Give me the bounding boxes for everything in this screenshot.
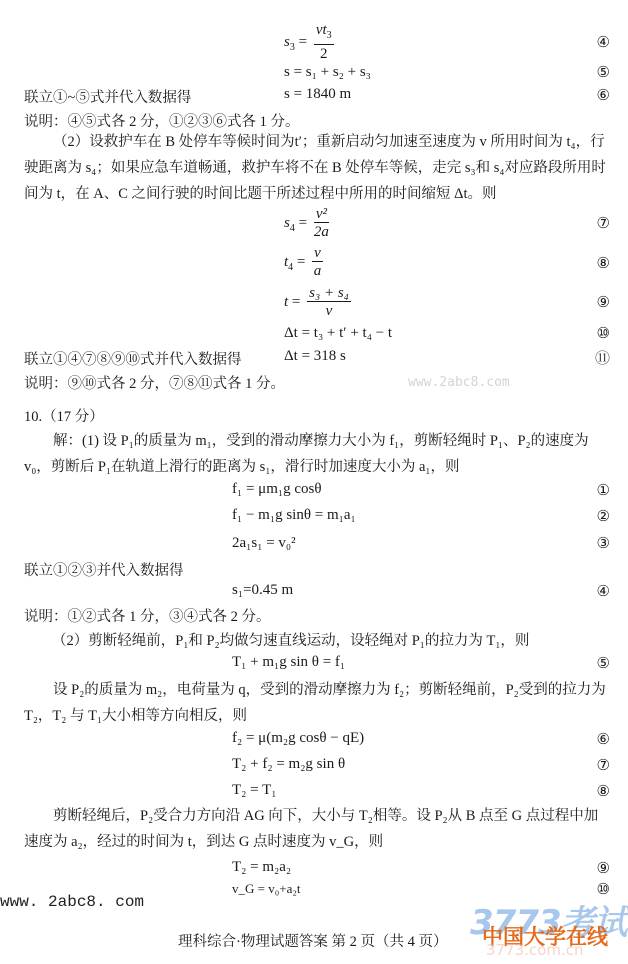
watermark-text: www. 2abc8. com [0,893,144,911]
equation-label: ⑨ [597,293,610,311]
equation-5: s = s₁ + s₂ + s₃ [284,64,371,81]
equation-label: ① [597,481,610,499]
equation-label: ⑥ [597,730,610,748]
equation-3: 2a₁s₁ = v₀² [232,535,296,552]
after-cut-text: 剪断轻绳后，P₂受合力方向沿 AG 向下，大小与 T₂相等。设 P₂从 B 点至… [24,803,610,855]
equation-label: ③ [597,534,610,552]
equation-10: Δt = t₃ + t′ + t₄ − t [284,325,392,342]
equation-label: ④ [597,33,610,51]
equation-4: s3 = vt32 [284,22,334,63]
equation-6: s = 1840 m [284,86,351,103]
equation-label: ⑨ [597,859,610,877]
scoring-note: 说明：⑨⑩式各 2 分，⑦⑧⑪式各 1 分。 [24,372,285,393]
equation-label: ⑪ [595,347,610,368]
p2-text: 设 P₂的质量为 m₂，电荷量为 q，受到的滑动摩擦力为 f₂；剪断轻绳前，P₂… [24,677,610,729]
equation-1: f₁ = μm₁g cosθ [232,481,322,498]
part2-intro: （2）设救护车在 B 处停车等候时间为t′；重新启动匀加速至速度为 v 所用时间… [24,129,610,207]
equation-label: ⑧ [597,782,610,800]
equation-label: ⑤ [597,654,610,672]
equation-5: T₁ + m₁g sin θ = f₁ [232,654,345,671]
question-title: 10.（17 分） [24,405,104,426]
combine-text: 联立①④⑦⑧⑨⑩式并代入数据得 [24,348,242,369]
equation-label: ⑤ [597,63,610,81]
scoring-note: 说明：①②式各 1 分，③④式各 2 分。 [24,605,271,626]
equation-label: ⑩ [597,324,610,342]
combine-text: 联立①~⑤式并代入数据得 [24,86,191,107]
logo-3773: 3773考试网 中国大学在线 3773.com.cn [470,895,628,955]
equation-8: T₂ = T₁ [232,782,276,799]
watermark-text: www.2abc8.com [408,375,510,390]
page-footer: 理科综合·物理试题答案 第 2 页（共 4 页） [178,930,447,951]
equation-11: Δt = 318 s [284,348,346,365]
equation-10: v_G = v₀+a₂t [232,881,301,897]
q10-intro: 解：(1) 设 P₁的质量为 m₁，受到的滑动摩擦力大小为 f₁，剪断轻绳时 P… [24,428,610,480]
q10-part2-intro: （2）剪断轻绳前，P₁和 P₂均做匀速直线运动，设轻绳对 P₁的拉力为 T₁，则 [52,629,529,650]
equation-9: T₂ = m₂a₂ [232,859,291,876]
equation-7: s4 = v²2a [284,206,329,241]
equation-label: ⑦ [597,756,610,774]
equation-label: ⑧ [597,254,610,272]
equation-9: t = s₃ + s₄v [284,285,351,320]
equation-label: ② [597,507,610,525]
equation-2: f₁ − m₁g sinθ = m₁a₁ [232,507,356,524]
logo-sub-text: 3773.com.cn [486,941,584,959]
combine-text: 联立①②③并代入数据得 [24,559,184,580]
equation-8: t4 = va [284,245,323,280]
equation-label: ④ [597,582,610,600]
equation-7: T₂ + f₂ = m₂g sin θ [232,756,345,773]
equation-label: ⑥ [597,86,610,104]
equation-6: f₂ = μ(m₂g cosθ − qE) [232,730,364,747]
equation-4: s₁=0.45 m [232,582,293,599]
scoring-note: 说明：④⑤式各 2 分，①②③⑥式各 1 分。 [24,110,300,131]
equation-label: ⑦ [597,214,610,232]
